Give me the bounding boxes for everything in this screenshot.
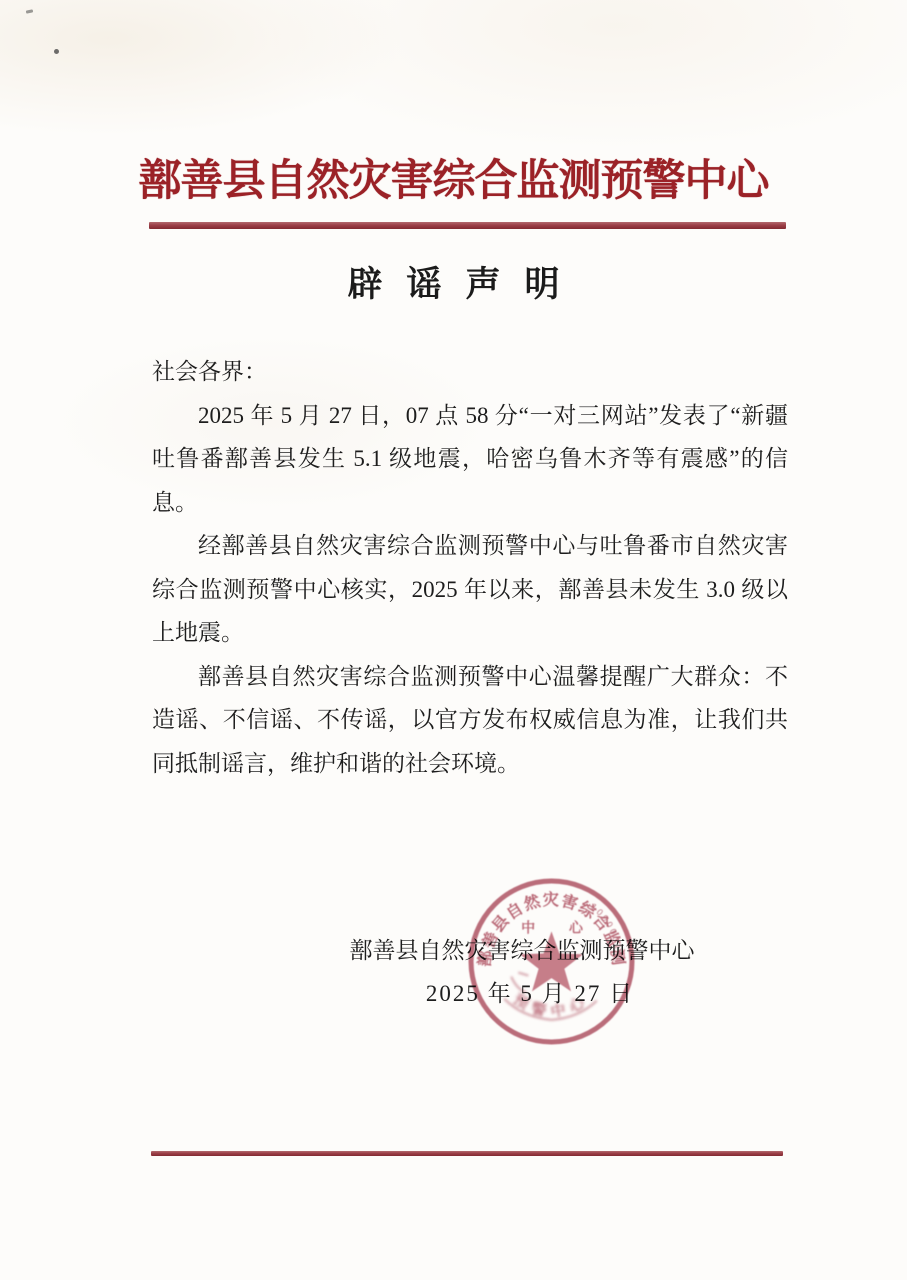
footer-rule	[151, 1151, 783, 1156]
signature-block: 鄯善县自然灾害综合监测预警中心 2025 年 5 月 27 日	[300, 939, 744, 1006]
signature-name: 鄯善县自然灾害综合监测预警中心	[300, 939, 744, 963]
paragraph-1: 2025 年 5 月 27 日，07 点 58 分“一对三网站”发表了“新疆吐鲁…	[152, 394, 788, 525]
scan-speck	[54, 49, 59, 54]
document-page: 鄯善县自然灾害综合监测预警中心 辟谣声明 社会各界： 2025 年 5 月 27…	[0, 0, 907, 1280]
header-rule	[149, 222, 786, 229]
paragraph-3: 鄯善县自然灾害综合监测预警中心温馨提醒广大群众：不造谣、不信谣、不传谣，以官方发…	[152, 655, 788, 786]
body-text: 社会各界： 2025 年 5 月 27 日，07 点 58 分“一对三网站”发表…	[152, 350, 788, 785]
doc-title: 辟谣声明	[0, 257, 907, 307]
scan-speck	[26, 9, 33, 13]
signature-date: 2025 年 5 月 27 日	[308, 982, 752, 1006]
paragraph-2: 经鄯善县自然灾害综合监测预警中心与吐鲁番市自然灾害综合监测预警中心核实，2025…	[152, 524, 788, 655]
seal-center-label: 中 心	[521, 919, 598, 936]
salutation: 社会各界：	[152, 350, 788, 394]
org-title: 鄯善县自然灾害综合监测预警中心	[0, 154, 907, 210]
